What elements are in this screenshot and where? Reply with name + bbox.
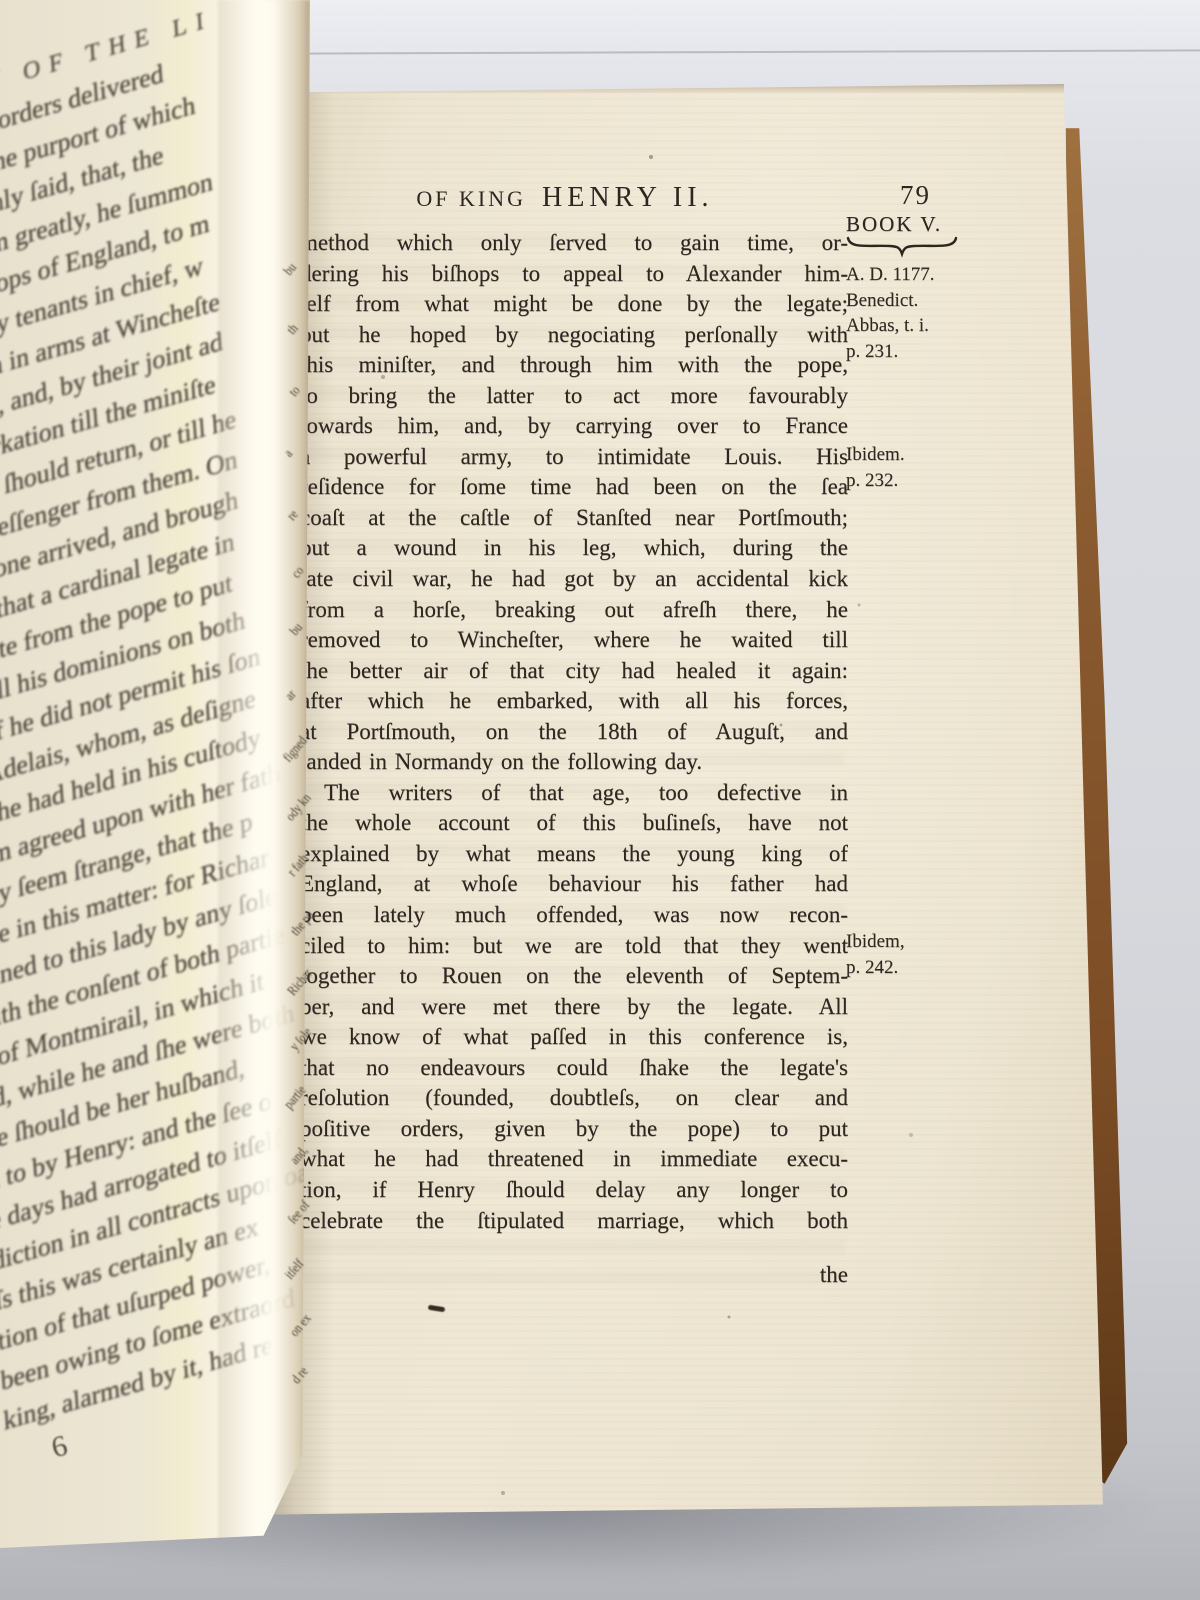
text-line: to bring the latter to act more favourab… (300, 381, 848, 412)
right-page: OF KING HENRY II. 79 BOOK V. A. D. 1177.… (260, 84, 1108, 1516)
running-head-of-king: OF KING (416, 186, 526, 212)
text-line: but a wound in his leg, which, during th… (300, 533, 848, 564)
text-line: removed to Wincheſter, where he waited t… (300, 625, 848, 656)
ink-smudge (428, 1305, 446, 1313)
text-line: what he had threatened in immediate exec… (300, 1144, 848, 1175)
book-photograph: OF KING HENRY II. 79 BOOK V. A. D. 1177.… (0, 0, 1200, 1600)
text-line: reſolution (founded, doubtleſs, on clear… (300, 1083, 848, 1114)
text-line: a powerful army, to intimidate Louis. Hi… (300, 442, 848, 473)
ink-showthrough (300, 234, 845, 1294)
page-top-edge (260, 84, 1108, 94)
margin-reference: Ibidem.p. 232. (846, 442, 905, 493)
text-line: towards him, and, by carrying over to Fr… (300, 411, 848, 442)
text-line: this miniſter, and through him with the … (300, 350, 848, 381)
text-line: coaſt at the caſtle of Stanſted near Por… (300, 503, 848, 534)
text-line: landed in Normandy on the following day. (300, 747, 848, 778)
running-head-henry: HENRY II. (542, 182, 714, 214)
running-head: OF KING HENRY II. (365, 182, 765, 214)
text-line: dering his biſhops to appeal to Alexande… (300, 259, 848, 290)
text-line: explained by what means the young king o… (300, 839, 848, 870)
text-line: late civil war, he had got by an acciden… (300, 564, 848, 595)
text-line: but he hoped by negociating perſonally w… (300, 320, 848, 351)
book-label: BOOK V. (846, 212, 942, 237)
text-line: tion, if Henry ſhould delay any longer t… (300, 1175, 848, 1206)
text-line: England, at whoſe behaviour his father h… (300, 869, 848, 900)
text-line: that no endeavours could ſhake the legat… (300, 1053, 848, 1084)
text-line: ſelf from what might be done by the lega… (300, 289, 848, 320)
page-curl-highlight (218, 0, 310, 1548)
left-page: TORY OF THE LIto ſome orders deliveredna… (0, 0, 310, 1548)
backdrop-seam (300, 49, 1200, 54)
text-line: together to Rouen on the eleventh of Sep… (300, 961, 848, 992)
text-line: reſidence for ſome time had been on the … (300, 472, 848, 503)
margin-reference: Ibidem,p. 242. (846, 929, 905, 980)
page-number: 79 (900, 180, 970, 211)
text-line: at Portſmouth, on the 18th of Auguſt, an… (300, 717, 848, 748)
text-line: after which he embarked, with all his fo… (300, 686, 848, 717)
signature-mark: 6 (48, 1429, 71, 1466)
text-line: poſitive orders, given by the pope) to p… (300, 1114, 848, 1145)
text-line: from a horſe, breaking out afreſh there,… (300, 595, 848, 626)
text-line: ber, and were met there by the legate. A… (300, 992, 848, 1023)
body-text: method which only ſerved to gain time, o… (300, 228, 848, 1236)
catchword: the (300, 1262, 848, 1288)
text-line: celebrate the ſtipulated marriage, which… (300, 1206, 848, 1237)
brace-icon (844, 236, 960, 258)
text-line: The writers of that age, too defective i… (300, 778, 848, 809)
text-line: method which only ſerved to gain time, o… (300, 228, 848, 259)
text-line: the better air of that city had healed i… (300, 656, 848, 687)
margin-reference: A. D. 1177.Benedict.Abbas, t. i.p. 231. (846, 262, 935, 364)
text-line: been lately much offended, was now recon… (300, 900, 848, 931)
text-line: ciled to him: but we are told that they … (300, 931, 848, 962)
text-line: the whole account of this buſineſs, have… (300, 808, 848, 839)
text-line: we know of what paſſed in this conferenc… (300, 1022, 848, 1053)
